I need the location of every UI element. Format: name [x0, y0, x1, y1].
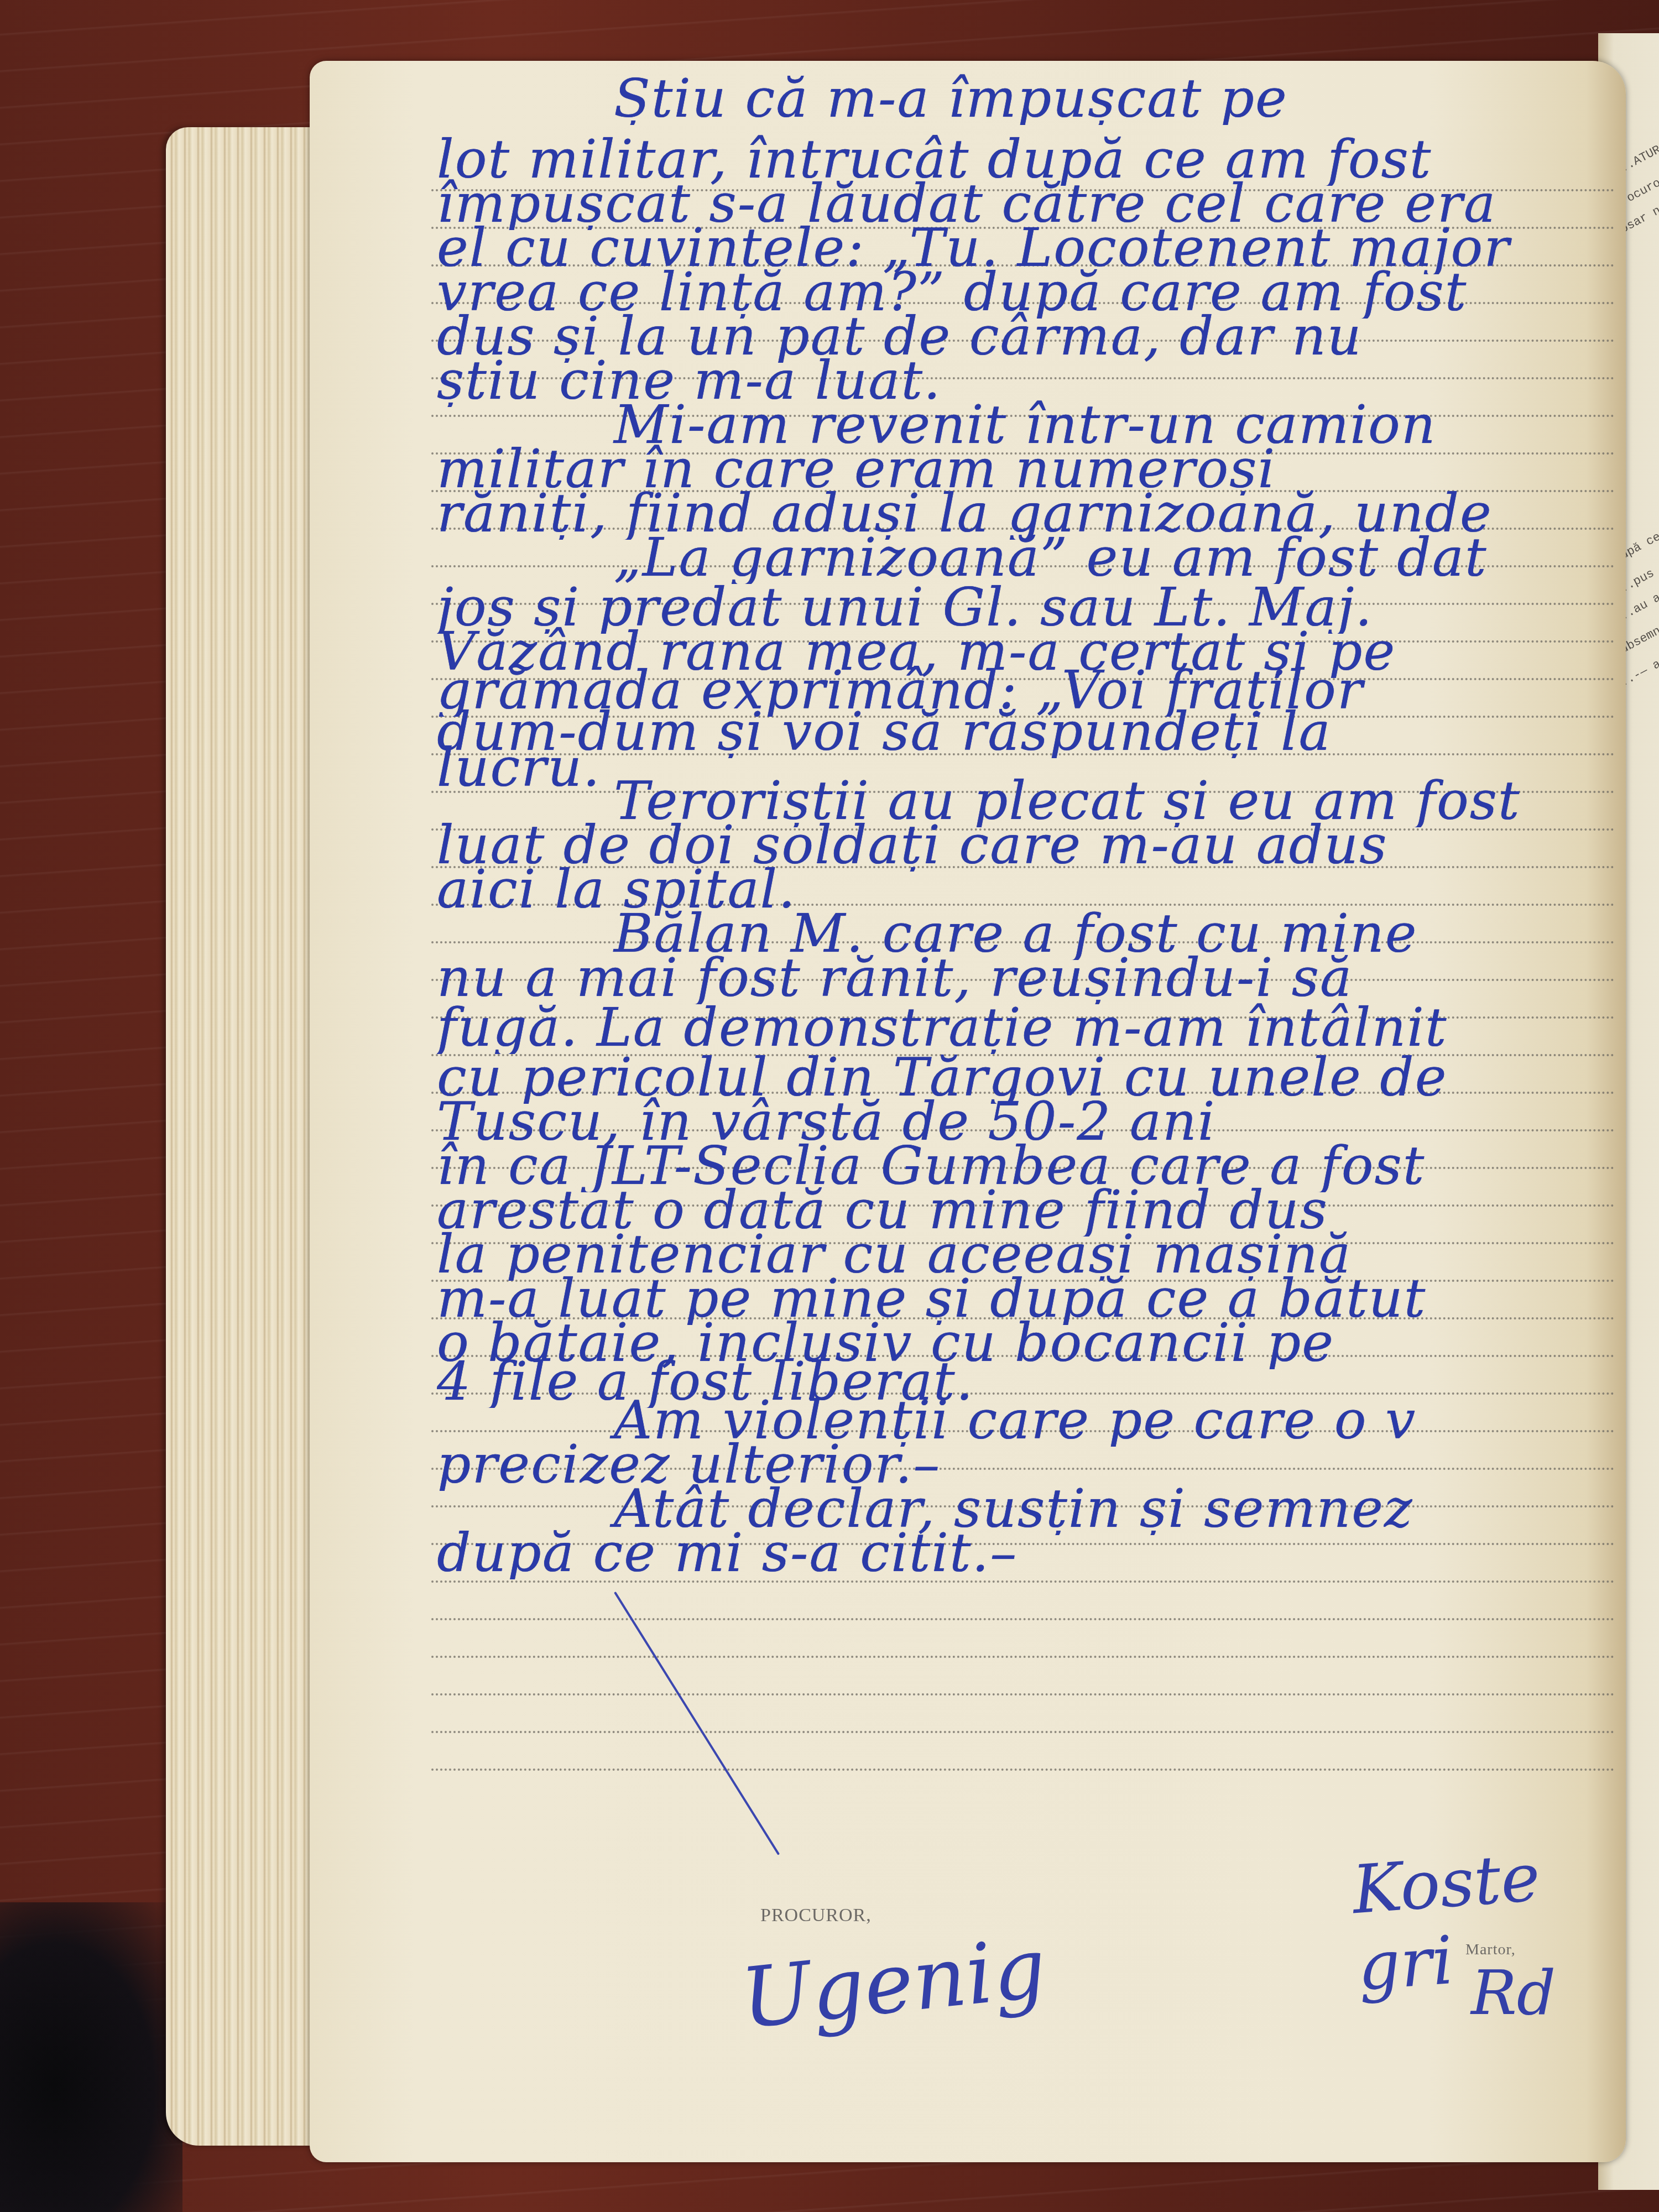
handwritten-line: fugă. La demonstrație m-am întâlnit	[437, 1001, 1631, 1054]
prosecutor-label: PROCUROR,	[760, 1905, 872, 1926]
ruled-line	[431, 1618, 1615, 1620]
ruled-line	[431, 1580, 1615, 1583]
ruled-line	[431, 1656, 1615, 1658]
handwritten-line: după ce mi s-a citit.–	[437, 1526, 1631, 1579]
ruled-line	[431, 1731, 1615, 1733]
photo-scene: ...ATURA R Procurorul Dosar n După ce ..…	[0, 0, 1659, 2212]
ruled-line	[431, 1768, 1615, 1771]
handwritten-line: „La garnizoană” eu am fost dat	[437, 531, 1659, 584]
ruled-line	[431, 1693, 1615, 1695]
witness-signature: Rd	[1471, 1958, 1556, 2028]
handwritten-line: nu a mai fost rănit, reușindu-i să	[437, 951, 1631, 1004]
shadow	[0, 1902, 182, 2212]
handwritten-line: Știu că m-a împușcat pe	[437, 72, 1659, 125]
